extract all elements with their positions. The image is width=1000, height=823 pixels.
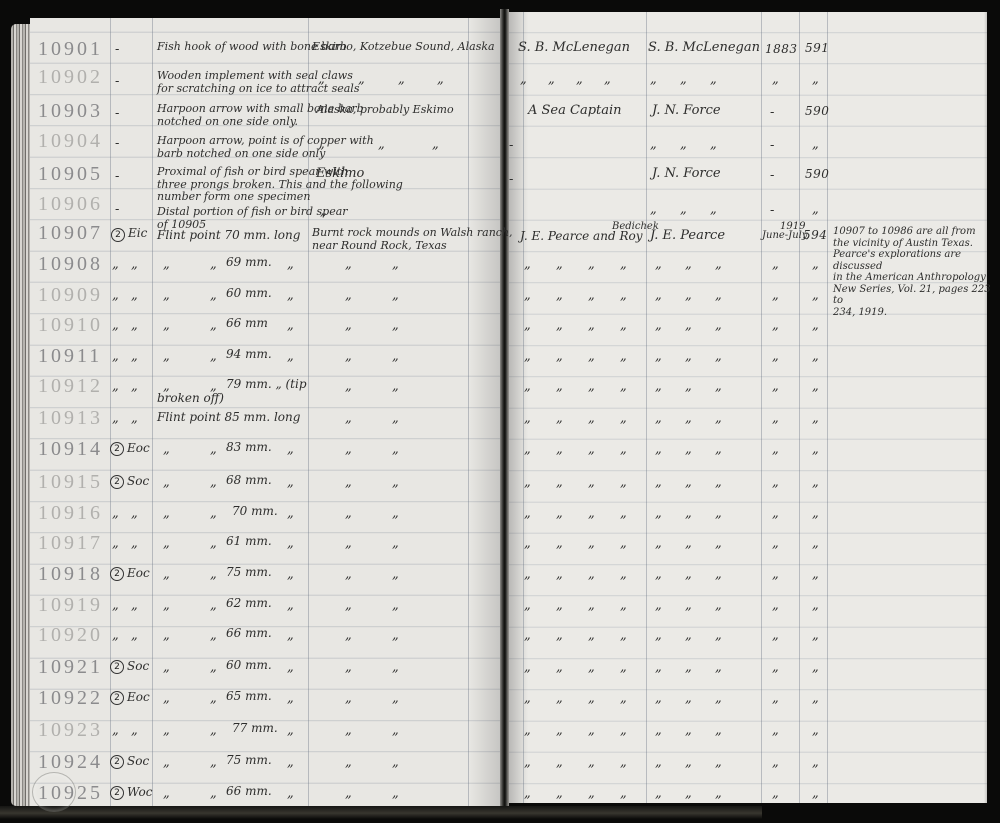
ditto-mark: „ [655,568,662,582]
ditto-mark: „ [524,756,531,770]
ditto-mark: „ [685,380,692,394]
ditto-mark: „ [163,724,170,738]
ditto-mark: „ [287,476,294,490]
description: 79 mm. „ (tip [226,378,307,391]
description: 60 mm. [226,659,272,672]
condition-code: 2 [110,786,124,800]
description: 68 mm. [226,474,272,487]
accession-number: „ [812,412,819,426]
ditto-mark: „ [112,258,119,272]
ditto-mark: „ [588,787,595,801]
ditto-mark: „ [685,661,692,675]
ditto-mark: „ [163,289,170,303]
ditto-mark: „ [392,787,399,801]
description: 70 mm. [232,505,278,518]
accession-number: „ [812,319,819,333]
condition-code: 2 [111,228,125,242]
ditto-mark: „ [685,692,692,706]
collector: S. B. McLenegan [518,41,630,55]
ditto-mark: „ [112,599,119,613]
code: Eoc [127,442,150,455]
ditto-mark: „ [520,73,527,87]
date: „ [772,507,779,521]
ditto-mark: „ [524,724,531,738]
ditto-mark: „ [620,599,627,613]
ditto-mark: „ [715,507,722,521]
ditto-mark: „ [210,756,217,770]
catalog-number: 10906 [38,193,103,216]
ditto-mark: „ [620,412,627,426]
ditto-mark: „ [345,443,352,457]
ditto-mark: „ [556,412,563,426]
ditto-mark: „ [556,629,563,643]
ditto-mark: „ [210,350,217,364]
ditto-mark: „ [655,258,662,272]
donor: J. E. Pearce [650,229,725,243]
ditto-mark: „ [378,138,385,152]
ditto-mark: „ [210,629,217,643]
ditto-mark: „ [112,319,119,333]
collector: A Sea Captain [528,104,622,118]
code: Eoc [127,691,150,704]
ditto-mark: „ [710,203,717,217]
ditto-mark: „ [345,568,352,582]
description: 66 mm [226,317,268,330]
ditto-mark: „ [392,380,399,394]
ditto-mark: „ [715,443,722,457]
ditto-mark: „ [392,629,399,643]
date: „ [772,661,779,675]
ditto-mark: „ [287,692,294,706]
date: „ [772,443,779,457]
catalog-number: 10922 [38,687,103,710]
ledger-scan: 10901-Fish hook of wood with bone barbEs… [0,0,1000,823]
ditto-mark: „ [131,724,138,738]
collector: - [509,139,513,153]
ditto-mark: „ [163,476,170,490]
collector: - [509,173,513,187]
ditto-mark: „ [655,476,662,490]
locality: „ [320,205,327,219]
ditto-mark: „ [710,138,717,152]
date: „ [772,380,779,394]
ditto-mark: „ [163,661,170,675]
ditto-mark: „ [524,629,531,643]
ditto-mark: „ [588,443,595,457]
ditto-mark: „ [131,412,138,426]
accession-number: „ [812,661,819,675]
ditto-mark: „ [112,537,119,551]
date: „ [772,756,779,770]
locality: Eskimo, Kotzebue Sound, Alaska [312,41,495,54]
ditto-mark: „ [655,350,662,364]
locality: Alaska, probably Eskimo [316,104,454,117]
code: - [115,203,119,217]
date: „ [772,350,779,364]
description: 65 mm. [226,690,272,703]
ditto-mark: „ [556,787,563,801]
ditto-mark: „ [358,73,365,87]
catalog-number: 10912 [38,375,103,398]
date: „ [772,629,779,643]
ditto-mark: „ [655,661,662,675]
catalog-number: 10911 [38,345,102,368]
ditto-mark: „ [556,692,563,706]
accession-number: „ [812,203,819,217]
accession-number: „ [812,599,819,613]
date: „ [772,537,779,551]
ditto-mark: „ [210,319,217,333]
ditto-mark: „ [287,756,294,770]
ditto-mark: „ [210,507,217,521]
accession-number: „ [812,568,819,582]
ditto-mark: „ [620,787,627,801]
accession-number: „ [812,350,819,364]
ditto-mark: „ [345,692,352,706]
ditto-mark: „ [287,724,294,738]
accession-number: „ [812,537,819,551]
ditto-mark: „ [588,568,595,582]
ditto-mark: „ [392,289,399,303]
donor: S. B. McLenegan [648,41,760,55]
ditto-mark: „ [556,380,563,394]
ditto-mark: „ [604,73,611,87]
ditto-mark: „ [715,724,722,738]
ditto-mark: „ [556,319,563,333]
ditto-mark: „ [131,629,138,643]
description: 62 mm. [226,597,272,610]
date: - [770,169,774,183]
ditto-mark: „ [588,350,595,364]
ditto-mark: „ [588,724,595,738]
ditto-mark: „ [588,476,595,490]
ditto-mark: „ [588,289,595,303]
ditto-mark: „ [620,507,627,521]
ditto-mark: „ [715,350,722,364]
ditto-mark: „ [655,724,662,738]
ditto-mark: „ [588,380,595,394]
ditto-mark: „ [318,138,325,152]
ditto-mark: „ [620,380,627,394]
ditto-mark: „ [163,443,170,457]
accession-number: „ [812,138,819,152]
accession-number: „ [812,692,819,706]
catalog-number: 10921 [38,656,103,679]
description: 66 mm. [226,785,272,798]
description: Flint point 70 mm. long [157,229,300,242]
code: - [115,107,119,121]
ditto-mark: „ [287,507,294,521]
ditto-mark: „ [318,73,325,87]
description: 61 mm. [226,535,272,548]
catalog-number: 10905 [38,163,103,186]
description: 75 mm. [226,754,272,767]
ditto-mark: „ [345,537,352,551]
catalog-number: 10910 [38,314,103,337]
date: - [770,106,774,120]
date: „ [772,73,779,87]
ditto-mark: „ [650,138,657,152]
ditto-mark: „ [287,629,294,643]
ditto-mark: „ [392,568,399,582]
ditto-mark: „ [620,443,627,457]
condition-code: 2 [110,755,124,769]
ditto-mark: „ [392,756,399,770]
ditto-mark: „ [524,289,531,303]
ditto-mark: „ [588,319,595,333]
ditto-mark: „ [392,692,399,706]
ditto-mark: „ [524,661,531,675]
accession-number: „ [812,476,819,490]
ditto-mark: „ [163,568,170,582]
accession-number: „ [812,787,819,801]
ditto-mark: „ [112,380,119,394]
ditto-mark: „ [163,350,170,364]
ditto-mark: „ [620,319,627,333]
ditto-mark: „ [131,599,138,613]
code: - [115,170,119,184]
ditto-mark: „ [715,629,722,643]
ditto-mark: „ [210,787,217,801]
ditto-mark: „ [685,289,692,303]
catalog-number: 10920 [38,624,103,647]
ditto-mark: „ [345,787,352,801]
catalog-number: 10902 [38,66,103,89]
accession-number: 590 [805,104,829,118]
ditto-mark: „ [715,258,722,272]
description: Wooden implement with seal claws for scr… [157,70,359,95]
ditto-mark: „ [680,138,687,152]
ditto-mark: „ [588,507,595,521]
ditto-mark: „ [685,756,692,770]
ditto-mark: „ [163,756,170,770]
marginal-note: 10907 to 10986 are all from the vicinity… [833,226,1000,318]
ditto-mark: „ [620,258,627,272]
ditto-mark: „ [524,476,531,490]
code: Soc [127,475,149,488]
accession-number: 591 [805,41,829,55]
code: Eic [128,227,147,240]
description: 60 mm. [226,287,272,300]
description: 83 mm. [226,441,272,454]
catalog-number: 10904 [38,130,103,153]
ditto-mark: „ [655,380,662,394]
accession-number: „ [812,629,819,643]
ditto-mark: „ [556,724,563,738]
ditto-mark: „ [655,787,662,801]
ditto-mark: „ [287,537,294,551]
ditto-mark: „ [685,443,692,457]
ditto-mark: „ [345,507,352,521]
description-continued: broken off) [157,392,224,405]
ditto-mark: „ [715,537,722,551]
catalog-number: 10909 [38,284,103,307]
accession-number: 590 [805,167,829,181]
ditto-mark: „ [715,319,722,333]
accession-number: „ [812,724,819,738]
ditto-mark: „ [620,692,627,706]
ditto-mark: „ [620,568,627,582]
ditto-mark: „ [715,380,722,394]
description: 94 mm. [226,348,272,361]
ditto-mark: „ [685,319,692,333]
ditto-mark: „ [655,443,662,457]
ditto-mark: „ [588,692,595,706]
date: „ [772,599,779,613]
code: Soc [127,660,149,673]
description: 75 mm. [226,566,272,579]
catalog-number: 10924 [38,751,103,774]
ditto-mark: „ [620,661,627,675]
ditto-mark: „ [392,661,399,675]
ditto-mark: „ [287,319,294,333]
ditto-mark: „ [685,537,692,551]
ditto-mark: „ [685,350,692,364]
ditto-mark: „ [685,476,692,490]
date: „ [772,692,779,706]
ditto-mark: „ [556,599,563,613]
ditto-mark: „ [287,350,294,364]
accession-number: „ [812,258,819,272]
ditto-mark: „ [655,537,662,551]
ledger-content: 10901-Fish hook of wood with bone barbEs… [0,0,1000,823]
ditto-mark: „ [524,412,531,426]
ditto-mark: „ [588,599,595,613]
ditto-mark: „ [163,629,170,643]
ditto-mark: „ [392,724,399,738]
ditto-mark: „ [210,661,217,675]
date: „ [772,787,779,801]
ditto-mark: „ [715,568,722,582]
catalog-number: 10918 [38,563,103,586]
ditto-mark: „ [210,289,217,303]
ditto-mark: „ [163,787,170,801]
description: 66 mm. [226,627,272,640]
ditto-mark: „ [345,661,352,675]
catalog-number: 10916 [38,502,103,525]
ditto-mark: „ [112,629,119,643]
ditto-mark: „ [556,537,563,551]
code: - [115,75,119,89]
ditto-mark: „ [588,412,595,426]
ditto-mark: „ [620,537,627,551]
ditto-mark: „ [715,787,722,801]
date: 1883 [765,42,798,56]
ditto-mark: „ [556,258,563,272]
ditto-mark: „ [287,258,294,272]
ditto-mark: „ [524,350,531,364]
catalog-number: 10925 [38,782,103,805]
ditto-mark: „ [287,599,294,613]
ditto-mark: „ [210,568,217,582]
condition-code: 2 [110,475,124,489]
ditto-mark: „ [715,756,722,770]
ditto-mark: „ [588,258,595,272]
ditto-mark: „ [210,537,217,551]
ditto-mark: „ [710,73,717,87]
ditto-mark: „ [524,380,531,394]
date: - [770,204,774,218]
description: Harpoon arrow, point is of copper with b… [157,135,374,160]
ditto-mark: „ [345,319,352,333]
date-superscript: 1919 [780,221,805,233]
ditto-mark: „ [392,476,399,490]
ditto-mark: „ [685,507,692,521]
date: „ [772,258,779,272]
condition-code: 2 [110,691,124,705]
accession-number: „ [812,756,819,770]
ditto-mark: „ [345,756,352,770]
ditto-mark: „ [715,476,722,490]
ditto-mark: „ [556,507,563,521]
ditto-mark: „ [112,350,119,364]
ditto-mark: „ [345,412,352,426]
ditto-mark: „ [588,756,595,770]
code: Woc [127,786,152,799]
ditto-mark: „ [588,661,595,675]
ditto-mark: „ [655,289,662,303]
ditto-mark: „ [524,599,531,613]
ditto-mark: „ [556,289,563,303]
ditto-mark: „ [655,599,662,613]
ditto-mark: „ [392,599,399,613]
ditto-mark: „ [556,443,563,457]
catalog-number: 10914 [38,438,103,461]
ditto-mark: „ [345,289,352,303]
ditto-mark: „ [685,629,692,643]
ditto-mark: „ [556,661,563,675]
ditto-mark: „ [163,599,170,613]
accession-number: „ [812,73,819,87]
code: Eoc [127,567,150,580]
catalog-number: 10901 [38,38,103,61]
ditto-mark: „ [131,258,138,272]
ditto-mark: „ [392,350,399,364]
ditto-mark: „ [524,507,531,521]
ditto-mark: „ [131,319,138,333]
ditto-mark: „ [524,787,531,801]
ditto-mark: „ [524,537,531,551]
ditto-mark: „ [112,724,119,738]
donor: J. N. Force [652,104,721,118]
ditto-mark: „ [655,692,662,706]
ditto-mark: „ [556,350,563,364]
ditto-mark: „ [163,537,170,551]
catalog-number: 10919 [38,594,103,617]
ditto-mark: „ [548,73,555,87]
description: 77 mm. [232,722,278,735]
accession-number: „ [812,380,819,394]
ditto-mark: „ [210,443,217,457]
catalog-number: 10913 [38,407,103,430]
code: - [115,43,119,57]
date: „ [772,289,779,303]
date: „ [772,568,779,582]
ditto-mark: „ [650,73,657,87]
accession-number: „ [812,289,819,303]
ditto-mark: „ [715,599,722,613]
ditto-mark: „ [655,319,662,333]
code: - [115,137,119,151]
ditto-mark: „ [392,537,399,551]
ditto-mark: „ [576,73,583,87]
ditto-mark: „ [392,412,399,426]
ditto-mark: „ [392,258,399,272]
catalog-number: 10908 [38,253,103,276]
ditto-mark: „ [680,203,687,217]
ditto-mark: „ [287,568,294,582]
ditto-mark: „ [620,350,627,364]
